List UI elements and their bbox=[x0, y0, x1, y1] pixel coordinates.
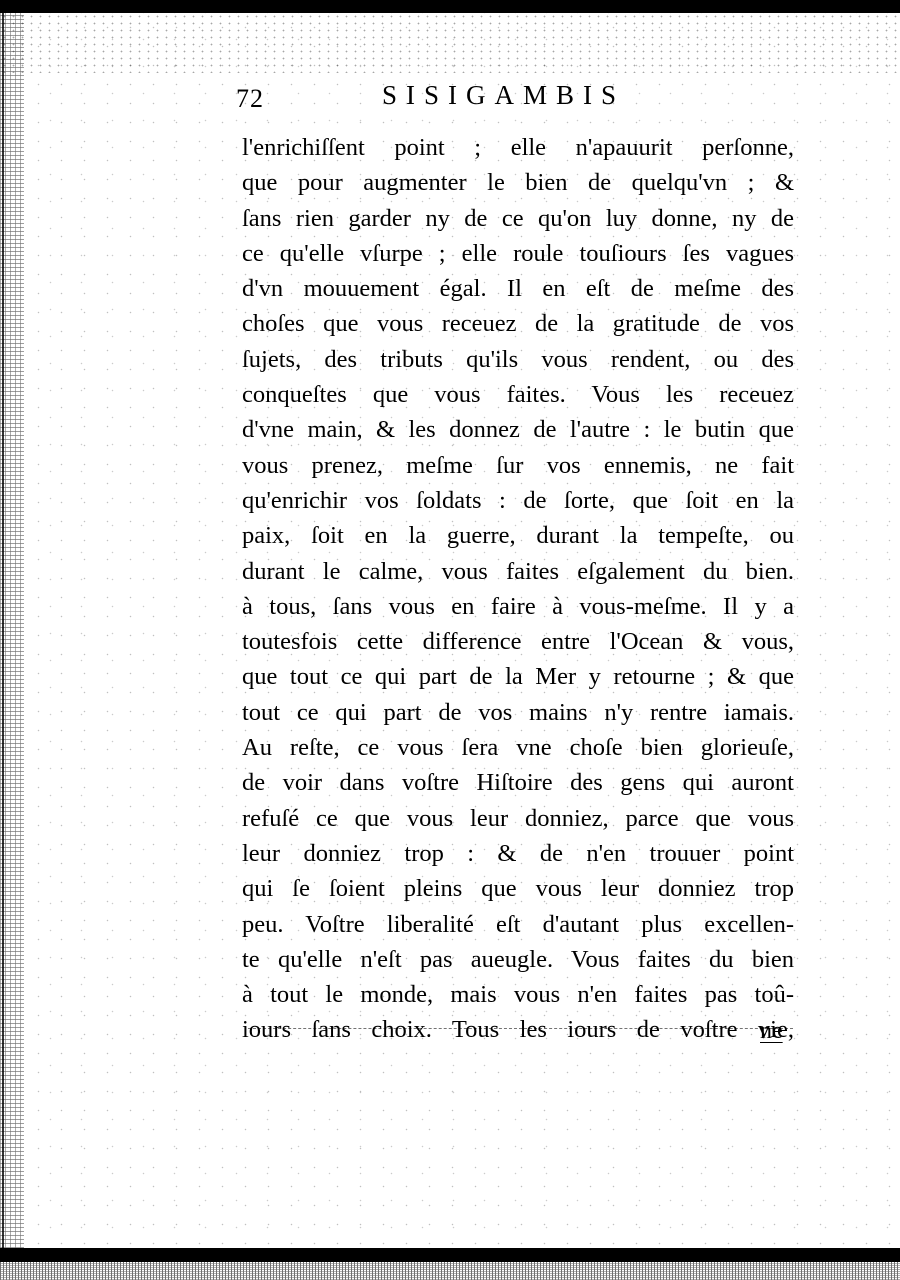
text-line: peu. Voſtre liberalité eſt d'autant plus… bbox=[242, 907, 794, 942]
text-line: à tout le monde, mais vous n'en faites p… bbox=[242, 977, 794, 1012]
scan-artifact-rule bbox=[248, 1028, 793, 1029]
text-line: qui ſe ſoient pleins que vous leur donni… bbox=[242, 871, 794, 906]
text-line: choſes que vous receuez de la gratitude … bbox=[242, 306, 794, 341]
text-line: te qu'elle n'eſt pas aueugle. Vous faite… bbox=[242, 942, 794, 977]
text-line: ce qu'elle vſurpe ; elle roule touſiours… bbox=[242, 236, 794, 271]
text-line: de voir dans voſtre Hiſtoire des gens qu… bbox=[242, 765, 794, 800]
text-line: vous prenez, meſme ſur vos ennemis, ne f… bbox=[242, 448, 794, 483]
text-line: l'enrichiſſent point ; elle n'apauurit p… bbox=[242, 130, 794, 165]
scan-noise-top bbox=[0, 13, 900, 73]
catchword: ne bbox=[760, 1018, 783, 1045]
scan-top-border bbox=[0, 0, 900, 13]
text-line: ſans rien garder ny de ce qu'on luy donn… bbox=[242, 201, 794, 236]
page-number: 72 bbox=[236, 84, 264, 114]
text-line: paix, ſoit en la guerre, durant la tempe… bbox=[242, 518, 794, 553]
text-line: d'vn mouuement égal. Il en eſt de meſme … bbox=[242, 271, 794, 306]
scan-bottom-noise bbox=[0, 1262, 900, 1280]
text-line: iours ſans choix. Tous les iours de voſt… bbox=[242, 1012, 794, 1047]
scan-bottom-border bbox=[0, 1248, 900, 1262]
text-line: ſujets, des tributs qu'ils vous rendent,… bbox=[242, 342, 794, 377]
scan-left-border bbox=[2, 13, 4, 1248]
text-line: refuſé ce que vous leur donniez, parce q… bbox=[242, 801, 794, 836]
text-line: qu'enrichir vos ſoldats : de ſorte, que … bbox=[242, 483, 794, 518]
text-line: toutesfois cette difference entre l'Ocea… bbox=[242, 624, 794, 659]
running-title: SISIGAMBIS bbox=[382, 80, 625, 111]
text-line: durant le calme, vous faites eſgalement … bbox=[242, 554, 794, 589]
running-head: 72 SISIGAMBIS bbox=[236, 80, 796, 114]
text-line: que tout ce qui part de la Mer y retourn… bbox=[242, 659, 794, 694]
text-line: que pour augmenter le bien de quelqu'vn … bbox=[242, 165, 794, 200]
text-line: à tous, ſans vous en faire à vous-meſme.… bbox=[242, 589, 794, 624]
text-line: d'vne main, & les donnez de l'autre : le… bbox=[242, 412, 794, 447]
text-line: leur donniez trop : & de n'en trouuer po… bbox=[242, 836, 794, 871]
scanned-book-page: 72 SISIGAMBIS l'enrichiſſent point ; ell… bbox=[0, 0, 900, 1280]
text-line: Au reſte, ce vous ſera vne choſe bien gl… bbox=[242, 730, 794, 765]
body-text: l'enrichiſſent point ; elle n'apauurit p… bbox=[242, 130, 794, 1048]
text-line: tout ce qui part de vos mains n'y rentre… bbox=[242, 695, 794, 730]
text-line: conqueſtes que vous faites. Vous les rec… bbox=[242, 377, 794, 412]
